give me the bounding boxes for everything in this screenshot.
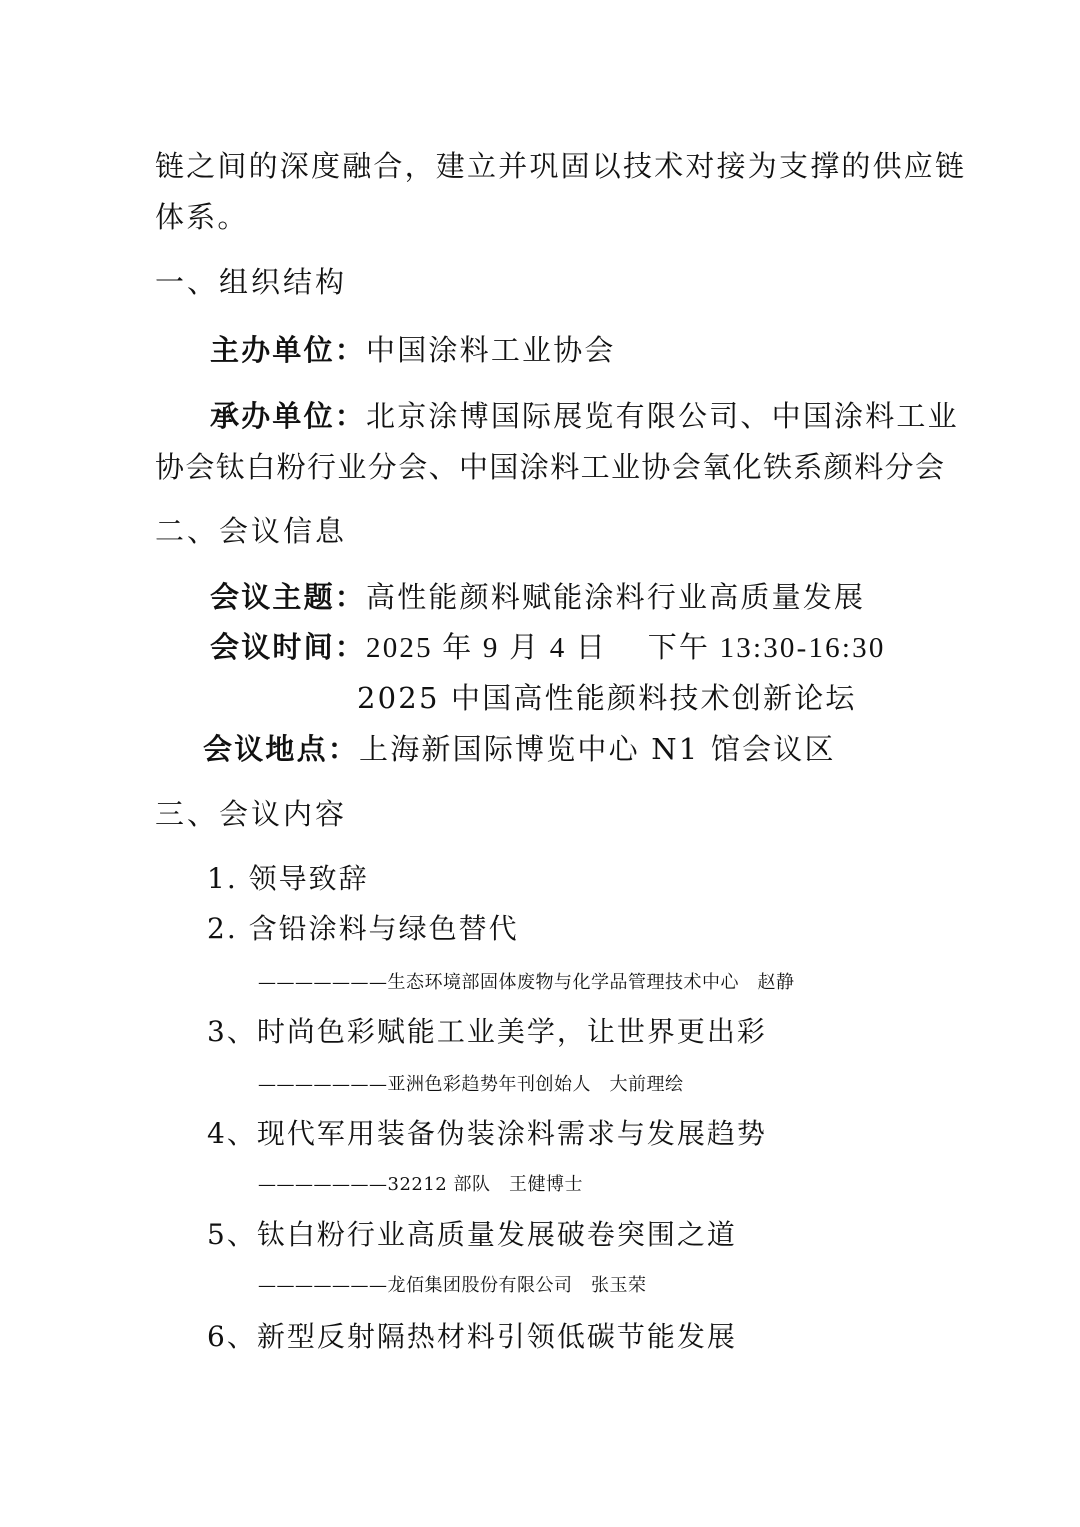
host-value: 中国涂料工业协会 [366,333,616,367]
agenda-item-title: 1. 领导致辞 [207,857,369,897]
venue-row: 会议地点：上海新国际博览中心 N1 馆会议区 [203,727,836,768]
organizer-label: 承办单位： [210,399,366,433]
theme-label: 会议主题： [210,580,366,614]
agenda-item-title: 4、现代军用装备伪装涂料需求与发展趋势 [207,1112,767,1152]
venue-label: 会议地点： [203,732,359,766]
time-label: 会议时间： [210,630,366,664]
intro-line-2: 体系。 [155,195,249,236]
host-label: 主办单位： [210,333,366,367]
theme-value: 高性能颜料赋能涂料行业高质量发展 [366,580,865,614]
time-value: 2025 年 9 月 4 日 下午 13:30-16:30 [366,632,886,664]
section-heading-meeting-content: 三、会议内容 [155,792,347,833]
agenda-item-title: 5、钛白粉行业高质量发展破卷突围之道 [207,1213,737,1253]
organizer-row: 承办单位：北京涂博国际展览有限公司、中国涂料工业 [210,394,959,435]
section-heading-organization: 一、组织结构 [155,260,347,301]
agenda-item-title: 2. 含铅涂料与绿色替代 [207,907,519,947]
agenda-item-title: 6、新型反射隔热材料引领低碳节能发展 [207,1315,737,1355]
agenda-item-speaker: ———————亚洲色彩趋势年刊创始人 大前理绘 [258,1070,684,1096]
host-row: 主办单位：中国涂料工业协会 [210,328,616,369]
agenda-item-speaker: ———————32212 部队 王健博士 [258,1170,583,1196]
section-heading-meeting-info: 二、会议信息 [155,509,347,550]
organizer-value-line-2: 协会钛白粉行业分会、中国涂料工业协会氧化铁系颜料分会 [155,445,945,486]
agenda-item-title: 3、时尚色彩赋能工业美学，让世界更出彩 [207,1010,767,1050]
forum-name: 2025 中国高性能颜料技术创新论坛 [357,676,857,717]
agenda-item-speaker: ———————生态环境部固体废物与化学品管理技术中心 赵静 [258,968,795,994]
intro-line-1: 链之间的深度融合，建立并巩固以技术对接为支撑的供应链 [155,144,966,185]
time-row: 会议时间：2025 年 9 月 4 日 下午 13:30-16:30 [210,625,886,666]
venue-value: 上海新国际博览中心 N1 馆会议区 [359,732,836,766]
theme-row: 会议主题：高性能颜料赋能涂料行业高质量发展 [210,575,865,616]
agenda-item-speaker: ———————龙佰集团股份有限公司 张玉荣 [258,1271,647,1297]
organizer-value-line-1: 北京涂博国际展览有限公司、中国涂料工业 [366,399,959,433]
